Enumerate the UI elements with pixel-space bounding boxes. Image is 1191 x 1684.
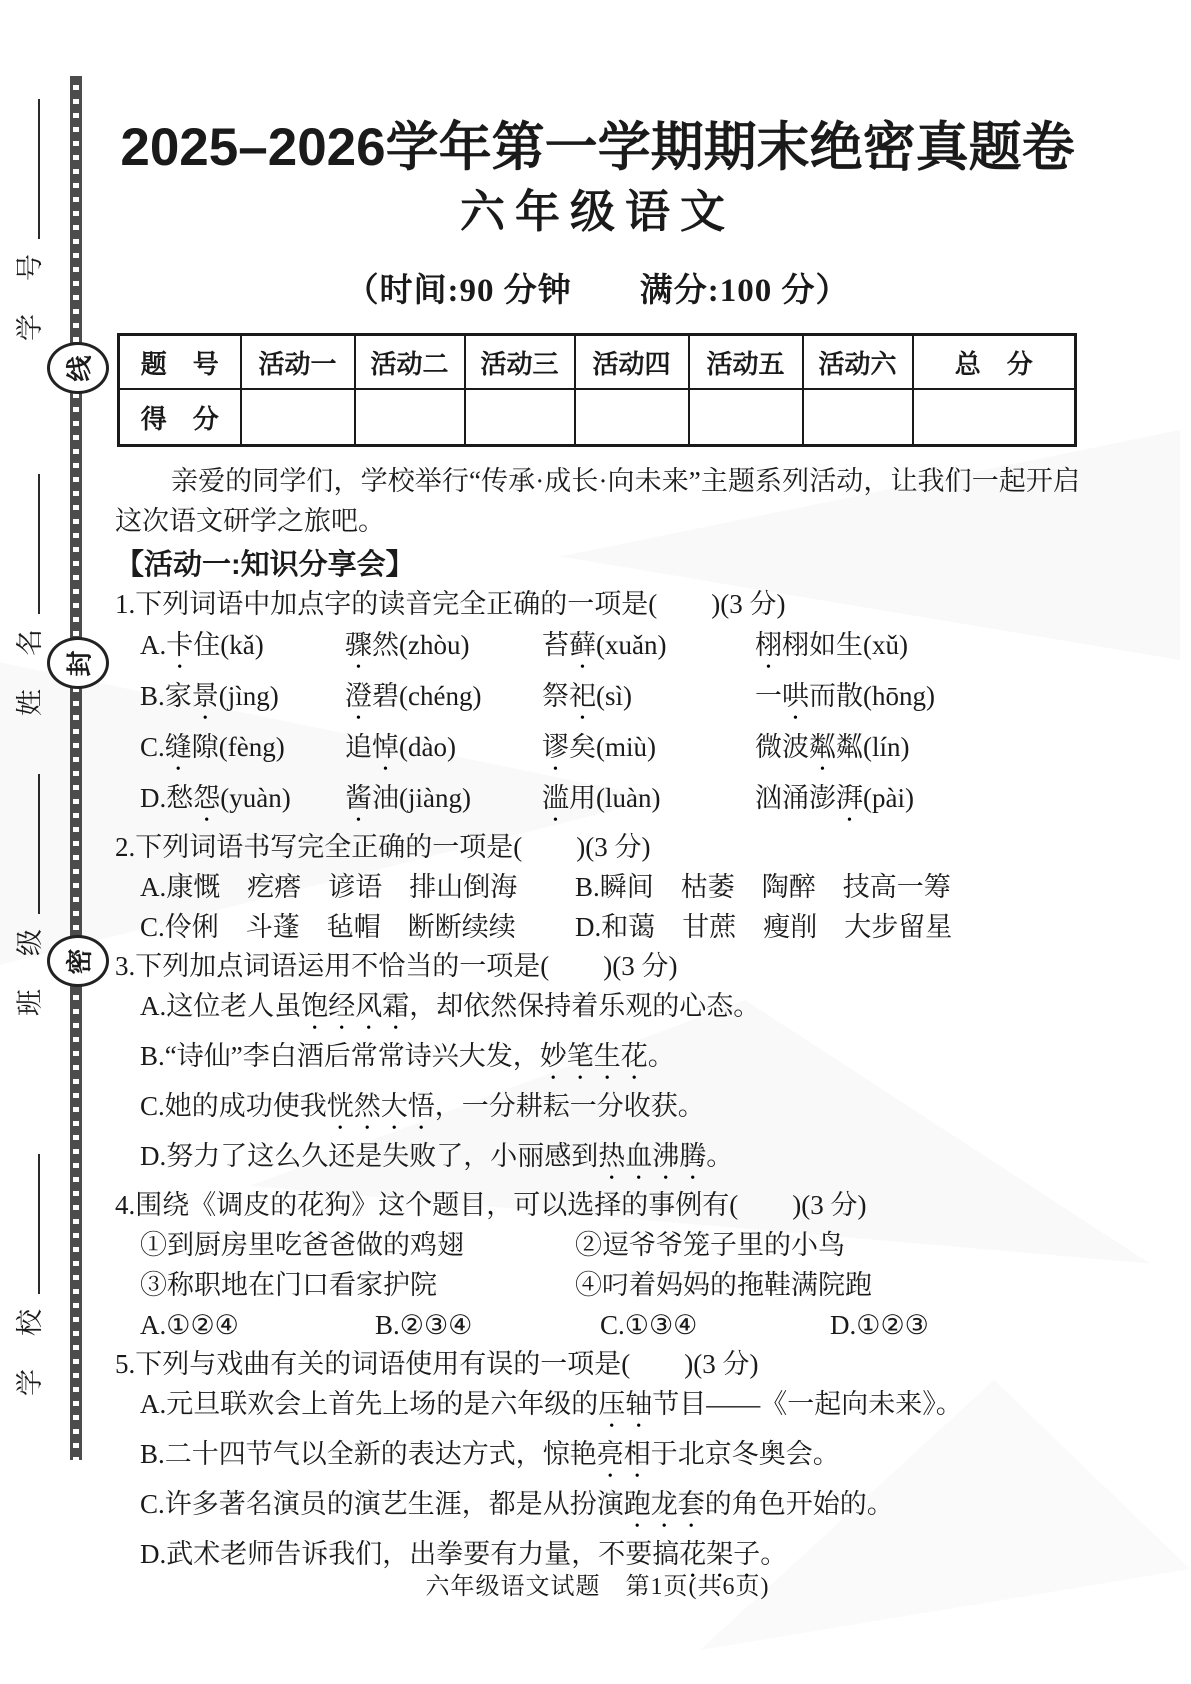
field-blank-line xyxy=(38,99,40,239)
text-segment: 用(luàn) xyxy=(569,783,660,813)
exam-title: 2025–2026学年第一学期期末绝密真题卷 xyxy=(115,118,1080,179)
text-segment: 节目——《一起向未来》。 xyxy=(652,1389,963,1419)
seal-character: 线 xyxy=(59,355,96,381)
emphasized-text: 滥 xyxy=(542,783,569,813)
option-cell: C.①③④ xyxy=(600,1305,830,1345)
option-row: D.愁怨(yuàn)酱油(jiàng)滥用(luàn)汹涌澎湃(pài) xyxy=(115,777,1080,828)
text-segment: A.元旦联欢会上首先上场的是六年级的 xyxy=(140,1389,598,1419)
text-segment: C.伶俐 斗蓬 毡帽 断断续续 xyxy=(140,912,516,942)
option-cell: B.家景(jìng) xyxy=(140,675,345,726)
question-1-stem: 1.下列词语中加点字的读音完全正确的一项是( )(3 分) xyxy=(115,585,1080,624)
text-segment: D.①②③ xyxy=(830,1310,929,1340)
emphasized-text: 景 xyxy=(192,681,219,711)
option-line: D.努力了这么久还是失败了，小丽感到热血沸腾。 xyxy=(115,1136,1080,1186)
field-label: 学 号 xyxy=(14,251,46,341)
option-cell: 谬矣(miù) xyxy=(542,726,755,777)
text-segment: 粼(lín) xyxy=(836,732,910,762)
emphasized-text: 悼 xyxy=(372,732,399,762)
emphasized-text: 缝 xyxy=(165,732,192,762)
option-row: C.伶俐 斗蓬 毡帽 断断续续D.和蔼 甘蔗 瘦削 大步留星 xyxy=(115,907,1080,947)
text-segment: 。 xyxy=(648,1041,675,1071)
seal-dashed-line xyxy=(70,76,82,1460)
emphasized-text: 祀 xyxy=(569,681,596,711)
option-cell: ③称职地在门口看家护院 xyxy=(140,1265,575,1305)
text-segment: ③称职地在门口看家护院 xyxy=(140,1270,437,1300)
emphasized-text: 澄 xyxy=(345,681,372,711)
option-line: A.元旦联欢会上首先上场的是六年级的压轴节目——《一起向未来》。 xyxy=(115,1384,1080,1434)
emphasized-text: 恍然大悟 xyxy=(327,1091,435,1121)
emphasized-text: 妙笔生花 xyxy=(540,1041,648,1071)
field-name: 姓 名 xyxy=(10,455,46,735)
text-segment: 矣(miù) xyxy=(569,732,656,762)
text-segment: ①到厨房里吃爸爸做的鸡翅 xyxy=(140,1230,464,1260)
text-segment: (yuàn) xyxy=(220,783,290,813)
field-class: 班 级 xyxy=(10,765,46,1025)
text-segment: C. xyxy=(140,732,165,762)
score-empty-cell xyxy=(241,389,355,446)
seal-stamp-line: 线 xyxy=(47,342,109,394)
text-segment: B.瞬间 枯萎 陶醉 技高一筹 xyxy=(575,872,951,902)
text-segment: 。 xyxy=(706,1141,733,1171)
exam-subtitle: 六年级语文 xyxy=(115,187,1080,237)
text-segment: 追 xyxy=(345,732,372,762)
question-5-stem: 5.下列与戏曲有关的词语使用有误的一项是( )(3 分) xyxy=(115,1345,1080,1384)
text-segment: 一 xyxy=(755,681,782,711)
intro-paragraph: 亲爱的同学们，学校举行“传承·成长·向未来”主题系列活动，让我们一起开启这次语文… xyxy=(115,461,1080,541)
score-header-cell: 活动二 xyxy=(355,335,465,390)
text-segment: B.“诗仙”李白酒后常常诗兴大发， xyxy=(140,1041,540,1071)
emphasized-text: 卡 xyxy=(166,630,193,660)
score-empty-cell xyxy=(689,389,803,446)
score-header-cell: 活动三 xyxy=(465,335,575,390)
option-cell: B.②③④ xyxy=(375,1305,600,1345)
option-cell: A.卡住(kǎ) xyxy=(140,624,345,675)
emphasized-text: 饱经风霜 xyxy=(301,991,409,1021)
emphasized-text: 热血沸腾 xyxy=(598,1141,706,1171)
text-segment: 碧(chéng) xyxy=(372,681,481,711)
option-cell: ①到厨房里吃爸爸做的鸡翅 xyxy=(140,1225,575,1265)
emphasized-text: 粼 xyxy=(809,732,836,762)
option-line: C.她的成功使我恍然大悟，一分耕耘一分收获。 xyxy=(115,1086,1080,1136)
field-label: 姓 名 xyxy=(14,626,46,716)
text-segment: 而散(hōng) xyxy=(809,681,935,711)
text-segment: 汹涌澎 xyxy=(755,783,836,813)
text-segment: B.二十四节气以全新的表达方式，惊艳 xyxy=(140,1439,597,1469)
text-segment: (dào) xyxy=(399,732,456,762)
seal-character: 密 xyxy=(59,948,96,974)
score-header-cell: 活动一 xyxy=(241,335,355,390)
text-segment: ④叼着妈妈的拖鞋满院跑 xyxy=(575,1270,872,1300)
text-segment: D.愁 xyxy=(140,783,193,813)
text-segment: D.武术老师告诉我们，出拳要有力量，不要搞 xyxy=(140,1539,679,1569)
question-4-stem: 4.围绕《调皮的花狗》这个题目，可以选择的事例有( )(3 分) xyxy=(115,1186,1080,1225)
option-line: A.这位老人虽饱经风霜，却依然保持着乐观的心态。 xyxy=(115,986,1080,1036)
option-row: B.家景(jìng)澄碧(chéng)祭祀(sì)一哄而散(hōng) xyxy=(115,675,1080,726)
text-segment: (sì) xyxy=(596,681,632,711)
score-row-label: 得 分 xyxy=(119,389,241,446)
emphasized-text: 怨 xyxy=(193,783,220,813)
option-row: ③称职地在门口看家护院④叼着妈妈的拖鞋满院跑 xyxy=(115,1265,1080,1305)
emphasized-text: 花架子 xyxy=(679,1539,760,1569)
text-segment: 。 xyxy=(760,1539,787,1569)
text-segment: 的角色开始的。 xyxy=(705,1489,894,1519)
score-empty-cell xyxy=(803,389,913,446)
question-3-stem: 3.下列加点词语运用不恰当的一项是( )(3 分) xyxy=(115,947,1080,986)
score-empty-cell xyxy=(465,389,575,446)
text-segment: A.①②④ xyxy=(140,1310,239,1340)
text-segment: A.这位老人虽 xyxy=(140,991,301,1021)
emphasized-text: 酱 xyxy=(345,783,372,813)
emphasized-text: 哄 xyxy=(782,681,809,711)
emphasized-text: 压轴 xyxy=(598,1389,652,1419)
option-cell: C.伶俐 斗蓬 毡帽 断断续续 xyxy=(140,907,575,947)
field-student-number: 学 号 xyxy=(10,90,46,350)
seal-stamp-seal: 封 xyxy=(47,637,109,689)
option-cell: D.和蔼 甘蔗 瘦削 大步留星 xyxy=(575,907,1080,947)
option-line: C.许多著名演员的演艺生涯，都是从扮演跑龙套的角色开始的。 xyxy=(115,1484,1080,1534)
emphasized-text: 湃 xyxy=(836,783,863,813)
text-segment: D.努力了这么久还是失败了，小丽感到 xyxy=(140,1141,598,1171)
option-cell: 骤然(zhòu) xyxy=(345,624,542,675)
text-segment: 油(jiàng) xyxy=(372,783,471,813)
option-cell: 栩栩如生(xǔ) xyxy=(755,624,1080,675)
option-row: A.卡住(kǎ)骤然(zhòu)苔藓(xuǎn)栩栩如生(xǔ) xyxy=(115,624,1080,675)
option-cell: D.①②③ xyxy=(830,1305,1080,1345)
option-cell: A.①②④ xyxy=(140,1305,375,1345)
text-segment: 栩如生(xǔ) xyxy=(782,630,908,660)
option-row: A.①②④B.②③④C.①③④D.①②③ xyxy=(115,1305,1080,1345)
option-row: ①到厨房里吃爸爸做的鸡翅②逗爷爷笼子里的小鸟 xyxy=(115,1225,1080,1265)
option-line: B.二十四节气以全新的表达方式，惊艳亮相于北京冬奥会。 xyxy=(115,1434,1080,1484)
score-table-header-row: 题 号 活动一 活动二 活动三 活动四 活动五 活动六 总 分 xyxy=(119,335,1076,390)
score-header-cell: 活动六 xyxy=(803,335,913,390)
field-blank-line xyxy=(38,774,40,914)
seal-stamp-secret: 密 xyxy=(47,935,109,987)
score-table-score-row: 得 分 xyxy=(119,389,1076,446)
option-cell: 汹涌澎湃(pài) xyxy=(755,777,1080,828)
text-segment: 苔 xyxy=(542,630,569,660)
option-row: C.缝隙(fèng)追悼(dào)谬矣(miù)微波粼粼(lín) xyxy=(115,726,1080,777)
emphasized-text: 藓 xyxy=(569,630,596,660)
field-school: 学 校 xyxy=(10,1145,46,1405)
section-heading-activity-1: 【活动一:知识分享会】 xyxy=(115,545,1080,585)
score-header-cell: 总 分 xyxy=(913,335,1076,390)
option-cell: 一哄而散(hōng) xyxy=(755,675,1080,726)
score-header-cell: 活动五 xyxy=(689,335,803,390)
text-segment: A.康慨 疙瘩 谚语 排山倒海 xyxy=(140,872,517,902)
text-segment: ②逗爷爷笼子里的小鸟 xyxy=(575,1230,845,1260)
option-cell: 微波粼粼(lín) xyxy=(755,726,1080,777)
text-segment: C.①③④ xyxy=(600,1310,697,1340)
option-cell: 祭祀(sì) xyxy=(542,675,755,726)
question-2-stem: 2.下列词语书写完全正确的一项是( )(3 分) xyxy=(115,828,1080,867)
score-header-cell: 题 号 xyxy=(119,335,241,390)
option-cell: 滥用(luàn) xyxy=(542,777,755,828)
option-cell: 追悼(dào) xyxy=(345,726,542,777)
text-segment: 隙(fèng) xyxy=(192,732,285,762)
text-segment: D.和蔼 甘蔗 瘦削 大步留星 xyxy=(575,912,952,942)
text-segment: A. xyxy=(140,630,166,660)
emphasized-text: 骤 xyxy=(345,630,372,660)
field-label: 学 校 xyxy=(14,1306,46,1396)
text-segment: B.家 xyxy=(140,681,192,711)
option-cell: ④叼着妈妈的拖鞋满院跑 xyxy=(575,1265,1080,1305)
text-segment: ，却依然保持着乐观的心态。 xyxy=(409,991,760,1021)
score-empty-cell xyxy=(913,389,1076,446)
text-segment: (pài) xyxy=(863,783,914,813)
text-segment: (jìng) xyxy=(219,681,279,711)
text-segment: ，一分耕耘一分收获。 xyxy=(435,1091,705,1121)
score-empty-cell xyxy=(575,389,689,446)
emphasized-text: 跑龙套 xyxy=(624,1489,705,1519)
exam-content: 2025–2026学年第一学期期末绝密真题卷 六年级语文 （时间:90 分钟 满… xyxy=(115,0,1080,1584)
option-cell: C.缝隙(fèng) xyxy=(140,726,345,777)
text-segment: C.许多著名演员的演艺生涯，都是从扮演 xyxy=(140,1489,624,1519)
option-cell: D.愁怨(yuàn) xyxy=(140,777,345,828)
emphasized-text: 谬 xyxy=(542,732,569,762)
text-segment: C.她的成功使我 xyxy=(140,1091,327,1121)
text-segment: 于北京冬奥会。 xyxy=(651,1439,840,1469)
text-segment: (xuǎn) xyxy=(596,630,666,660)
emphasized-text: 栩 xyxy=(755,630,782,660)
option-cell: A.康慨 疙瘩 谚语 排山倒海 xyxy=(140,867,575,907)
emphasized-text: 亮相 xyxy=(597,1439,651,1469)
score-header-cell: 活动四 xyxy=(575,335,689,390)
field-blank-line xyxy=(38,474,40,614)
option-cell: ②逗爷爷笼子里的小鸟 xyxy=(575,1225,1080,1265)
text-segment: 住(kǎ) xyxy=(193,630,263,660)
text-segment: 祭 xyxy=(542,681,569,711)
option-cell: 澄碧(chéng) xyxy=(345,675,542,726)
score-empty-cell xyxy=(355,389,465,446)
option-cell: 酱油(jiàng) xyxy=(345,777,542,828)
option-line: B.“诗仙”李白酒后常常诗兴大发，妙笔生花。 xyxy=(115,1036,1080,1086)
score-table: 题 号 活动一 活动二 活动三 活动四 活动五 活动六 总 分 得 分 xyxy=(117,333,1077,447)
text-segment: 然(zhòu) xyxy=(372,630,469,660)
option-cell: 苔藓(xuǎn) xyxy=(542,624,755,675)
option-cell: B.瞬间 枯萎 陶醉 技高一筹 xyxy=(575,867,1080,907)
exam-paper-page: 学 号 姓 名 班 级 学 校 线 封 密 2025–2026学年第一学期期末绝… xyxy=(0,0,1191,1684)
page-footer: 六年级语文试题 第1页(共6页) xyxy=(115,1566,1080,1601)
seal-character: 封 xyxy=(59,650,96,676)
questions-area: 1.下列词语中加点字的读音完全正确的一项是( )(3 分)A.卡住(kǎ)骤然(… xyxy=(115,585,1080,1584)
text-segment: B.②③④ xyxy=(375,1310,472,1340)
field-label: 班 级 xyxy=(14,926,46,1016)
option-row: A.康慨 疙瘩 谚语 排山倒海B.瞬间 枯萎 陶醉 技高一筹 xyxy=(115,867,1080,907)
exam-time-score: （时间:90 分钟 满分:100 分） xyxy=(115,264,1080,311)
text-segment: 微波 xyxy=(755,732,809,762)
field-blank-line xyxy=(38,1154,40,1294)
